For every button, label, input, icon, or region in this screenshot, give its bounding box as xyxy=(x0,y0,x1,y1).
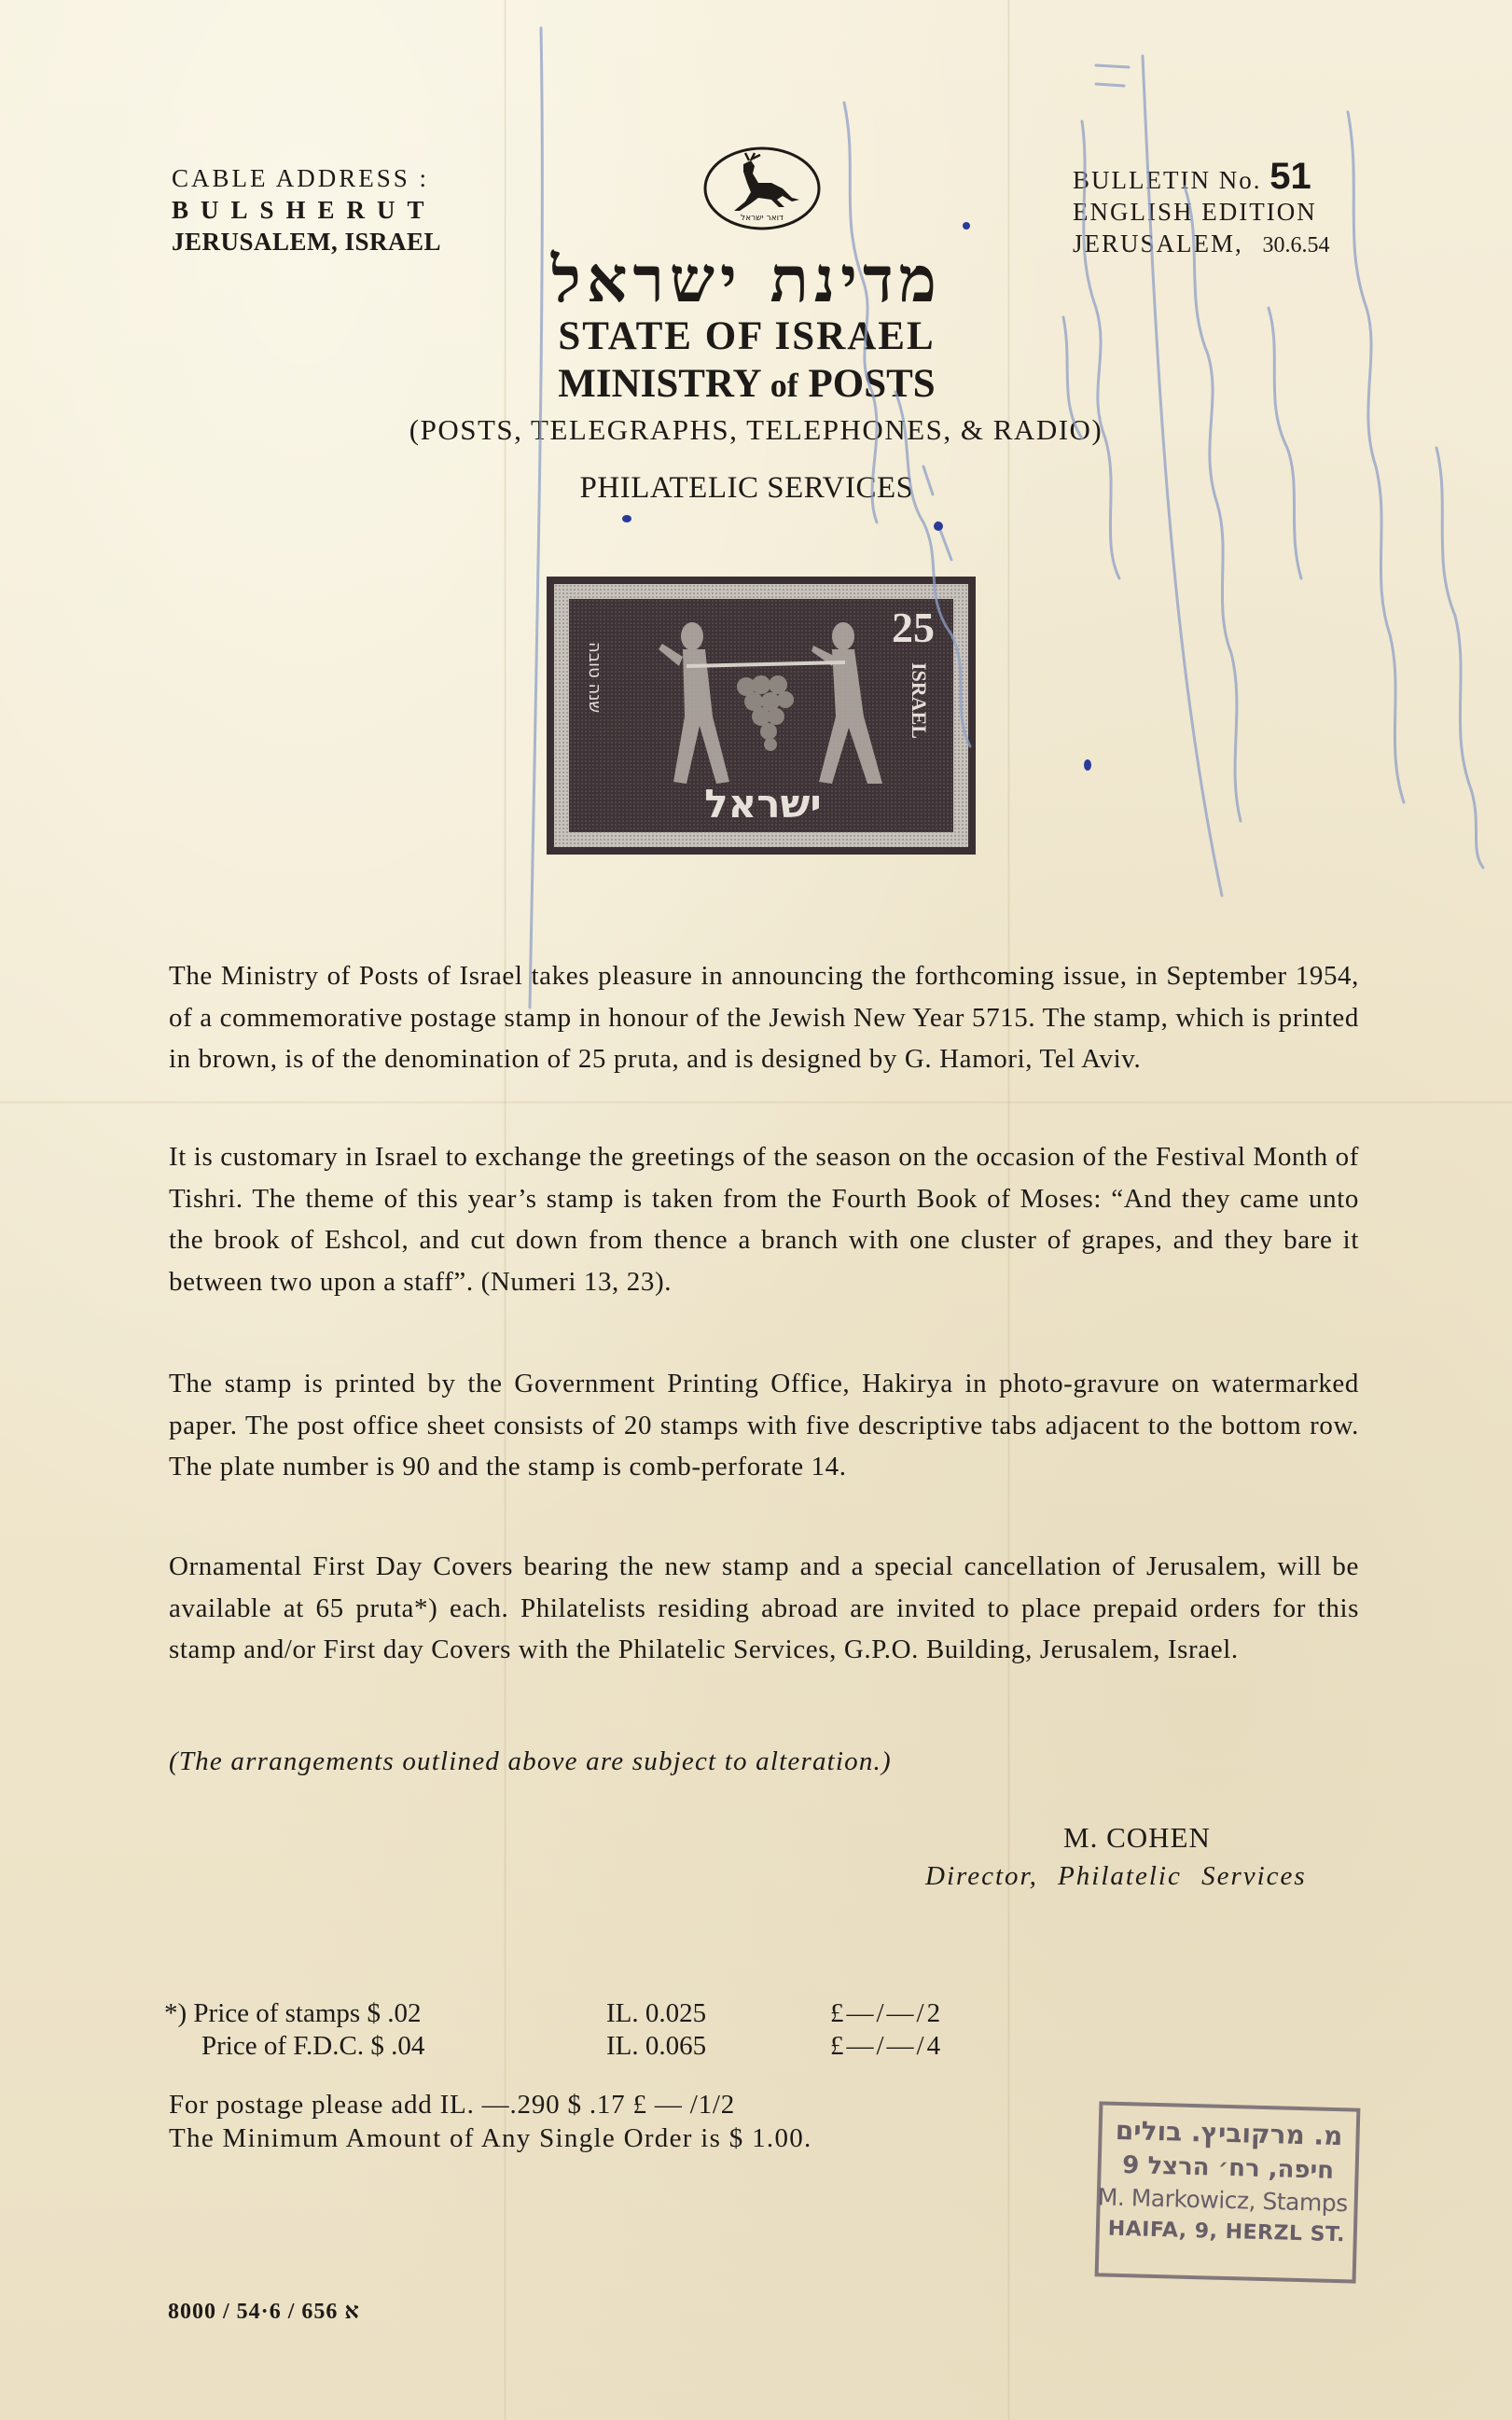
dealer-english-address: HAIFA, 9, HERZL ST. xyxy=(1099,2213,1353,2251)
services-subtitle: (POSTS, TELEGRAPHS, TELEPHONES, & RADIO) xyxy=(0,411,1512,449)
bulletin-label: BULLETIN No. xyxy=(1073,166,1261,194)
paragraph-text: The Ministry of Posts of Israel takes pl… xyxy=(169,955,1359,1080)
cable-address-code: BULSHERUT xyxy=(172,194,441,226)
paragraph-theme: It is customary in Israel to exchange th… xyxy=(169,1136,1359,1302)
dealer-rubber-stamp: מ. מרקוביץ. בולים חיפה, רח׳ הרצל 9 M. Ma… xyxy=(1095,2101,1361,2283)
price-table: *) Price of stamps $ .02 IL. 0.025 £—/—/… xyxy=(164,1997,1017,2063)
price-row-fdc: Price of F.D.C. $ .04 IL. 0.065 £—/—/4 xyxy=(164,2030,1017,2063)
bulletin-edition: ENGLISH EDITION xyxy=(1073,196,1330,228)
price-il: IL. 0.065 xyxy=(606,2030,830,2063)
hebrew-title: מדינת ישראל xyxy=(0,244,1512,315)
paragraph-text: It is customary in Israel to exchange th… xyxy=(169,1136,1359,1302)
ministry-prefix: MINISTRY xyxy=(558,362,760,406)
signatory-name: M. COHEN xyxy=(1063,1821,1211,1855)
signatory-title: Director, Philatelic Services xyxy=(925,1861,1307,1892)
paragraph-printing: The stamp is printed by the Government P… xyxy=(169,1363,1359,1488)
postage-info: For postage please add IL. —.290 $ .17 £… xyxy=(169,2088,812,2155)
department-title: PHILATELIC SERVICES xyxy=(0,469,1512,507)
svg-text:ISRAEL: ISRAEL xyxy=(908,662,931,739)
svg-text:שנה טובה: שנה טובה xyxy=(585,642,604,713)
bulletin-number: 51 xyxy=(1269,156,1311,197)
postage-stamp-image: 25 ISRAEL שנה טובה ישראל xyxy=(547,577,976,855)
paragraph-text: Ornamental First Day Covers bearing the … xyxy=(169,1546,1359,1671)
state-title: STATE OF ISRAEL xyxy=(0,313,1512,360)
svg-text:ישראל: ישראל xyxy=(704,781,822,827)
price-gbp: £—/—/4 xyxy=(830,2030,1017,2063)
paragraph-first-day-covers: Ornamental First Day Covers bearing the … xyxy=(169,1546,1359,1671)
svg-text:דואר ישראל: דואר ישראל xyxy=(741,214,784,223)
postage-line: For postage please add IL. —.290 $ .17 £… xyxy=(169,2088,812,2121)
paper-fold-horizontal xyxy=(0,1101,1512,1104)
cable-address-label: CABLE ADDRESS : xyxy=(172,162,441,194)
price-il: IL. 0.025 xyxy=(606,1997,830,2030)
paragraph-text: The stamp is printed by the Government P… xyxy=(169,1363,1359,1488)
price-label: Price of F.D.C. $ .04 xyxy=(164,2030,606,2063)
minimum-order-line: The Minimum Amount of Any Single Order i… xyxy=(169,2121,812,2155)
alteration-note: (The arrangements outlined above are sub… xyxy=(169,1746,892,1777)
masthead: מדינת ישראל STATE OF ISRAEL MINISTRY of … xyxy=(0,244,1512,507)
print-code: א 656 / 6·54 / 8000 xyxy=(168,2300,360,2325)
svg-text:25: 25 xyxy=(892,604,935,651)
paragraph-announcement: The Ministry of Posts of Israel takes pl… xyxy=(169,955,1359,1080)
ministry-title: MINISTRY of POSTS xyxy=(0,360,1512,410)
price-row-stamps: *) Price of stamps $ .02 IL. 0.025 £—/—/… xyxy=(164,1997,1017,2030)
ministry-suffix: POSTS xyxy=(808,362,935,406)
cable-address-block: CABLE ADDRESS : BULSHERUT JERUSALEM, ISR… xyxy=(172,162,441,257)
ministry-of: of xyxy=(770,367,798,404)
leaping-deer-emblem-icon: דואר ישראל xyxy=(702,146,822,231)
price-gbp: £—/—/2 xyxy=(830,1997,1017,2030)
price-label: *) Price of stamps $ .02 xyxy=(164,1997,606,2030)
